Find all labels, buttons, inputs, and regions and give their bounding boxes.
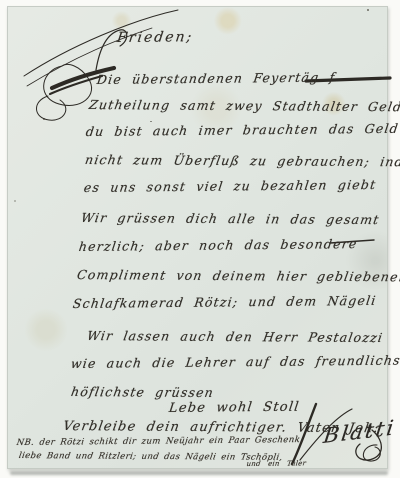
handwritten-line: Compliment von deinem hier gebliebenen bbox=[76, 267, 400, 284]
postscript-line: liebe Band und Ritzleri; und das Nägeli … bbox=[18, 451, 283, 463]
handwritten-line: herzlich; aber noch das besondere bbox=[78, 236, 359, 254]
paper-stain bbox=[150, 121, 152, 122]
handwritten-line: Zutheilung samt zwey Stadthalter Geld bbox=[88, 97, 400, 114]
scanner-edge-shadow bbox=[10, 471, 388, 475]
postscript-insertion: und ein Taler bbox=[246, 459, 307, 468]
handwritten-line: Schlafkamerad Rötzi; und dem Nägeli bbox=[72, 293, 378, 311]
handwritten-line: es uns sonst viel zu bezahlen giebt bbox=[83, 177, 377, 195]
handwritten-line: Die überstandenen Feyertäg f bbox=[96, 70, 336, 87]
handwritten-line: Wir lassen auch den Herr Pestalozzi bbox=[86, 328, 384, 345]
paper-stain bbox=[14, 200, 16, 202]
paper-stain bbox=[43, 118, 45, 120]
closing-line: Lebe wohl Stoll bbox=[168, 400, 301, 416]
scanned-letter: Frieden; Die überstandenen Feyertäg f Zu… bbox=[0, 0, 400, 478]
handwritten-line: höflichste grüssen bbox=[70, 384, 215, 400]
paper-stain bbox=[367, 9, 369, 11]
salutation-line: Frieden; bbox=[116, 29, 194, 46]
handwritten-line: Wir grüssen dich alle in das gesamt bbox=[80, 210, 381, 227]
handwritten-line: nicht zum Überfluß zu gebrauchen; indeme bbox=[84, 152, 400, 169]
